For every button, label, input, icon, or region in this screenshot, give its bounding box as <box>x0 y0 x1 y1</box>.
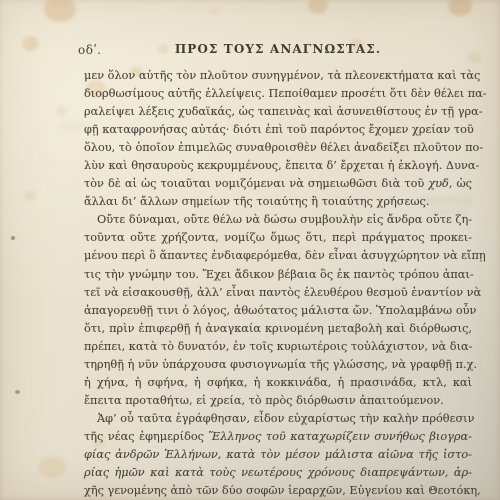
text-line: τὸν δὲ αἱ ὡς τοιαῦται νομιζόμεναι νὰ σημ… <box>84 175 472 193</box>
text-line: πρέπει, κατὰ τὸ δυνατόν, ἐν τοῖς κυριωτέ… <box>84 338 472 356</box>
text-line: ρίας ἡμῶν καὶ κατὰ τοὺς νεωτέρους χρόνου… <box>84 464 472 482</box>
stain-spot <box>448 0 472 16</box>
text-line: χῆς γενομένης ἀπὸ τῶν δύο σοφῶν ἱεραρχῶν… <box>84 482 472 500</box>
text-line: μεν ὅλον αὐτῆς τὸν πλοῦτον συνηγμένον, τ… <box>84 67 472 85</box>
stain-spot <box>56 106 67 116</box>
text-line: τεῖ νὰ εἰσακουσθῇ, ἀλλ’ εἶναι παντὸς ἐλε… <box>84 284 472 302</box>
stain-spot <box>38 456 66 478</box>
page-heading: ΠΡΟΣ ΤΟΥΣ ΑΝΑΓΝΩΣΤΑΣ. <box>84 41 472 58</box>
stain-spot <box>308 0 328 14</box>
text-line: τις τὴν γνώμην του. Ἔχει ἄδικον βέβαια ὃ… <box>84 266 472 284</box>
ink-speck <box>15 390 20 394</box>
stain-spot <box>22 36 39 51</box>
text-line: ἄλλαι δι’ ἄλλων σημείων τῆς τοιαύτης ἢ τ… <box>84 193 472 211</box>
book-page: οδʹ. ΠΡΟΣ ΤΟΥΣ ΑΝΑΓΝΩΣΤΑΣ. μεν ὅλον αὐτῆ… <box>0 0 500 500</box>
stain-spot <box>208 6 219 15</box>
text-line: ραλείψει λέξεις χυδαϊκάς, ὡς ταπεινὰς κα… <box>84 103 472 121</box>
text-line: ἔπειτα προταθήτω, εἰ χρεία, τὸ πρὸς διόρ… <box>84 392 472 410</box>
text-line: λὺν καὶ θησαυροὺς κεκρυμμένους, ἔπειτα δ… <box>84 157 472 175</box>
text-line: φῇ καταφρονήσας αὐτάς· διότι ἐπὶ τοῦ παρ… <box>84 121 472 139</box>
text-line: Οὔτε δύναμαι, οὔτε θέλω νὰ δώσω συμβουλὴ… <box>84 211 472 229</box>
text-line: τοῦντα οὔτε χρήζοντα, νομίζω ὅμως ὅτι, π… <box>84 229 472 247</box>
ink-speck <box>11 236 15 240</box>
text-line: ὅτι, πρὶν ἐπιφερθῇ ἡ ἀναγκαία κρινομένη … <box>84 320 472 338</box>
stain-spot <box>24 190 37 201</box>
text-line: τῆς νέας ἐφημερίδος Ἕλληνος τοῦ καταχωρί… <box>84 428 472 446</box>
text-line: ἀπαγορευθῇ τινι ὁ λόγος, ἀθωότατος μάλισ… <box>84 302 472 320</box>
stain-spot <box>44 0 76 22</box>
body-text: μεν ὅλον αὐτῆς τὸν πλοῦτον συνηγμένον, τ… <box>84 67 472 500</box>
text-line: ἡ χήνα, ἡ σφήνα, ἡ σφήκα, ἡ κοκκινάδα, ἡ… <box>84 374 472 392</box>
text-line: μένου περὶ ὃ ἅπαντες ἐνδιαφερόμεθα, δὲν … <box>84 247 472 265</box>
bleedthrough-smudge <box>58 122 86 129</box>
text-line: Ἀφ’ οὗ ταῦτα ἐγράφθησαν, εἶδον εὐχαρίστω… <box>84 410 472 428</box>
text-line: φίας ἀνδρῶν Ἑλλήνων, κατὰ τὸν μέσον μάλι… <box>84 446 472 464</box>
text-line: τηρηθῇ ἡ νῦν ὑπάρχουσα φυσιογνωμία τῆς γ… <box>84 356 472 374</box>
text-line: ὅλου, τὸ ὁποῖον ἐπιμελῶς συναθροισθὲν θέ… <box>84 139 472 157</box>
text-line: διορθωσίμους αὐτῆς ἐλλείψεις. Πεποίθαμεν… <box>84 85 472 103</box>
